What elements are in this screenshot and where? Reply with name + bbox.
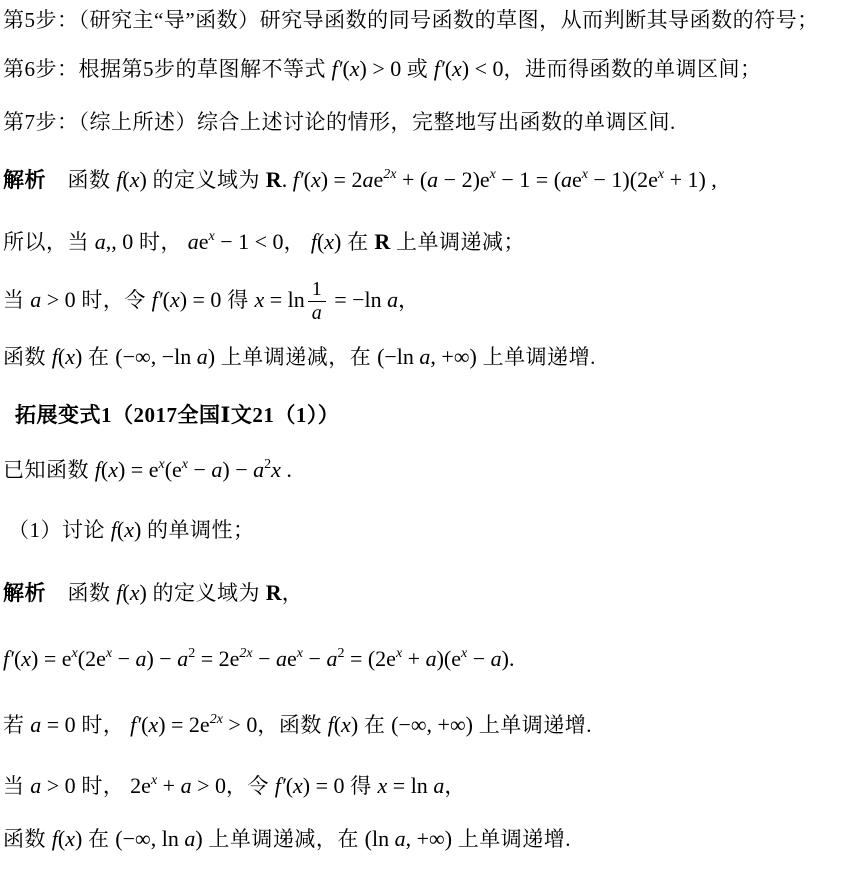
superscript-run: 2x xyxy=(239,646,252,661)
text-run: 时， xyxy=(76,713,131,737)
math-italic-run: f′ xyxy=(293,167,304,192)
math-italic-run: a xyxy=(30,712,41,737)
text-run: 上单调递减，在 xyxy=(215,345,377,369)
math-italic-run: a xyxy=(30,287,41,312)
math-roman-run: )(e xyxy=(437,646,461,671)
math-bold-set-symbol: R xyxy=(266,167,282,192)
math-italic-run: f′ xyxy=(275,773,286,798)
math-roman-run: ) = 0 xyxy=(180,287,222,312)
math-roman-run: + ( xyxy=(396,167,427,192)
math-roman-run: − 1 = ( xyxy=(496,167,561,192)
math-roman-run: (−∞, +∞) xyxy=(391,712,473,737)
text-run: 第7步：（综上所述）综合上述讨论的情形，完整地写出函数的单调区间. xyxy=(3,110,676,134)
math-document-page: 第5步：（研究主“导”函数）研究导函数的同号函数的草图，从而判断其导函数的符号；… xyxy=(0,0,846,871)
math-roman-run: ) − xyxy=(222,457,253,482)
math-roman-run: 2e xyxy=(130,773,151,798)
math-bold-set-symbol: R xyxy=(374,229,390,254)
text-run: 在 xyxy=(82,345,115,369)
math-roman-run: = ln xyxy=(264,287,305,312)
math-roman-run: ( xyxy=(122,167,129,192)
text-run: 函数 xyxy=(3,827,52,851)
text-run: 在 xyxy=(341,230,374,254)
math-italic-run: x xyxy=(254,287,264,312)
math-italic-run: x xyxy=(130,580,140,605)
math-italic-run: x xyxy=(21,646,31,671)
math-italic-run: a xyxy=(491,646,502,671)
text-run: 上单调递增. xyxy=(452,827,571,851)
math-roman-run: − xyxy=(112,646,135,671)
math-roman-run: = 2e xyxy=(195,646,239,671)
math-roman-run: ( xyxy=(445,56,452,81)
math-roman-run: ) = e xyxy=(118,457,159,482)
text-run: 已知函数 xyxy=(3,458,95,482)
math-roman-run: ( xyxy=(122,580,129,605)
text-run: ， xyxy=(284,230,311,254)
math-italic-run: x xyxy=(124,517,134,542)
math-roman-run: − xyxy=(253,646,276,671)
bold-text-run: 解析 xyxy=(3,168,46,192)
document-line-13: 若 a = 0 时， f′(x) = 2e2x > 0，函数 f(x) 在 (−… xyxy=(3,703,592,745)
math-italic-run: a xyxy=(428,773,445,798)
math-roman-run: = −ln xyxy=(329,287,382,312)
math-italic-run: f′ xyxy=(152,287,163,312)
math-roman-run: − xyxy=(188,457,211,482)
text-run: （1）讨论 xyxy=(8,518,111,542)
text-run: 得 xyxy=(221,288,254,312)
math-italic-run: a xyxy=(135,646,146,671)
math-roman-run: (ln xyxy=(365,826,389,851)
math-italic-run: x xyxy=(170,287,180,312)
document-line-5: 所以，当 a,, 0 时， aex − 1 < 0， f(x) 在 R 上单调递… xyxy=(3,220,525,262)
math-roman-run: − 2)e xyxy=(438,167,490,192)
text-run: 第5步：（研究主“导”函数）研究导函数的同号函数的草图，从而判断其导函数的符号； xyxy=(3,8,819,32)
math-roman-run: (−∞, ln xyxy=(115,826,179,851)
text-run: ， xyxy=(282,581,304,605)
math-italic-run: a xyxy=(427,167,438,192)
math-roman-run: − xyxy=(303,646,326,671)
math-roman-run: (−∞, −ln xyxy=(115,344,191,369)
superscript-run: 2x xyxy=(383,167,396,182)
math-roman-run: > 0 xyxy=(41,287,75,312)
text-run: 在 xyxy=(358,713,391,737)
text-run: ， xyxy=(398,288,420,312)
math-italic-run: x xyxy=(108,457,118,482)
math-italic-run: x xyxy=(324,229,334,254)
math-italic-run: x xyxy=(378,773,388,798)
math-roman-run: = 0 xyxy=(41,712,75,737)
math-italic-run: x xyxy=(271,457,281,482)
text-run: 上单调递增. xyxy=(477,345,596,369)
math-italic-run: x xyxy=(452,56,462,81)
math-italic-run: x xyxy=(65,344,75,369)
math-roman-run: , +∞) xyxy=(406,826,452,851)
math-roman-run: e xyxy=(572,167,582,192)
math-italic-run: x xyxy=(293,773,303,798)
document-line-6: 当 a > 0 时，令 f′(x) = 0 得 x = ln1a = −ln a… xyxy=(3,281,420,326)
document-line-8: 拓展变式1（2017全国Ⅰ文21（1）） xyxy=(15,398,339,435)
document-line-10: （1）讨论 f(x) 的单调性； xyxy=(8,513,255,550)
math-roman-run: ( xyxy=(334,712,341,737)
math-roman-run: (2e xyxy=(78,646,106,671)
text-run: 当 xyxy=(3,288,30,312)
math-roman-run: ) xyxy=(195,826,202,851)
math-italic-run: x xyxy=(130,167,140,192)
bold-text-run: 解析 xyxy=(3,581,46,605)
math-roman-run: , +∞) xyxy=(430,344,476,369)
text-run: ， xyxy=(444,774,466,798)
math-italic-run: f′ xyxy=(326,56,342,81)
math-italic-run: x xyxy=(341,712,351,737)
text-run: 上单调递减，在 xyxy=(203,827,365,851)
text-run: ，函数 xyxy=(257,713,327,737)
math-italic-run: a xyxy=(389,826,406,851)
math-roman-run: ) − xyxy=(146,646,177,671)
fraction: 1a xyxy=(308,279,326,324)
math-italic-run: x xyxy=(65,826,75,851)
text-run: 的定义域为 xyxy=(147,168,266,192)
math-italic-run: a xyxy=(191,344,208,369)
text-run: 当 xyxy=(3,774,30,798)
math-roman-run: > 0 xyxy=(223,712,257,737)
math-italic-run: a xyxy=(253,457,264,482)
math-roman-run: ) xyxy=(208,344,215,369)
math-roman-run: ) xyxy=(139,580,146,605)
math-roman-run: = (2e xyxy=(344,646,396,671)
math-italic-run: a xyxy=(426,646,437,671)
math-italic-run: a xyxy=(95,229,106,254)
math-italic-run: f′ xyxy=(428,56,444,81)
text-run: 时，令 xyxy=(76,288,152,312)
math-roman-run: + xyxy=(402,646,425,671)
bold-text-run: 拓展变式1（2017全国Ⅰ文21（1）） xyxy=(15,403,339,427)
text-run: 函数 xyxy=(46,168,116,192)
math-roman-run: = ln xyxy=(387,773,428,798)
document-line-7: 函数 f(x) 在 (−∞, −ln a) 上单调递减，在 (−ln a, +∞… xyxy=(3,340,596,377)
math-roman-run: ( xyxy=(304,167,311,192)
math-roman-run: ( xyxy=(286,773,293,798)
text-run: 若 xyxy=(3,713,30,737)
text-run: 时， xyxy=(76,774,131,798)
math-roman-run: − 1 < 0 xyxy=(215,229,284,254)
math-roman-run: − xyxy=(467,646,490,671)
document-line-12: f′(x) = ex(2ex − a) − a2 = 2e2x − aex − … xyxy=(3,637,514,679)
math-roman-run: . xyxy=(282,167,293,192)
math-italic-run: a xyxy=(179,826,196,851)
math-roman-run: > 0 xyxy=(41,773,75,798)
text-run: 得 xyxy=(345,774,378,798)
math-roman-run: ) = 2 xyxy=(321,167,363,192)
math-roman-run: ) = 0 xyxy=(303,773,345,798)
math-italic-run: a xyxy=(561,167,572,192)
math-italic-run: x xyxy=(311,167,321,192)
math-italic-run: a xyxy=(177,646,188,671)
math-italic-run: x xyxy=(350,56,360,81)
math-roman-run: ). xyxy=(502,646,515,671)
math-roman-run: ) = e xyxy=(31,646,72,671)
math-italic-run: f′ xyxy=(130,712,141,737)
document-line-11: 解析 函数 f(x) 的定义域为 R， xyxy=(3,576,303,613)
text-run: 的定义域为 xyxy=(147,581,266,605)
math-roman-run: ) = 2e xyxy=(158,712,210,737)
math-roman-run: − 1)(2e xyxy=(588,167,658,192)
text-run: ，令 xyxy=(226,774,275,798)
text-run: 第6步：根据第5步的草图解不等式 xyxy=(3,57,326,81)
math-roman-run: e xyxy=(199,229,209,254)
math-italic-run: a xyxy=(362,167,373,192)
math-italic-run: a xyxy=(30,773,41,798)
document-line-14: 当 a > 0 时， 2ex + a > 0，令 f′(x) = 0 得 x =… xyxy=(3,764,466,806)
fraction-denominator: a xyxy=(308,302,326,324)
document-line-3: 第7步：（综上所述）综合上述讨论的情形，完整地写出函数的单调区间. xyxy=(3,105,676,142)
math-roman-run: > 0 xyxy=(192,773,226,798)
text-run: 函数 xyxy=(46,581,116,605)
math-italic-run: f′ xyxy=(3,646,14,671)
math-italic-run: a xyxy=(414,344,431,369)
math-italic-run: a xyxy=(181,773,192,798)
math-roman-run: ( xyxy=(163,287,170,312)
math-italic-run: a xyxy=(326,646,337,671)
document-line-15: 函数 f(x) 在 (−∞, ln a) 上单调递减，在 (ln a, +∞) … xyxy=(3,822,571,859)
document-line-9: 已知函数 f(x) = ex(ex − a) − a2x . xyxy=(3,448,292,490)
text-run: 时， xyxy=(133,230,188,254)
math-roman-run: . xyxy=(281,457,292,482)
text-run: 所以，当 xyxy=(3,230,95,254)
text-run: 函数 xyxy=(3,345,52,369)
document-line-4: 解析 函数 f(x) 的定义域为 R. f′(x) = 2ae2x + (a −… xyxy=(3,158,717,200)
math-roman-run: + xyxy=(157,773,180,798)
document-line-2: 第6步：根据第5步的草图解不等式 f′(x) > 0 或 f′(x) < 0，进… xyxy=(3,52,762,89)
math-italic-run: a xyxy=(276,646,287,671)
fraction-numerator: 1 xyxy=(308,279,326,302)
math-roman-run: (e xyxy=(165,457,182,482)
math-roman-run: e xyxy=(287,646,297,671)
text-run: 的单调性； xyxy=(141,518,254,542)
math-italic-run: a xyxy=(188,229,199,254)
text-run: 或 xyxy=(407,57,429,81)
math-roman-run: ,, 0 xyxy=(106,229,134,254)
math-italic-run: a xyxy=(211,457,222,482)
math-roman-run: ) xyxy=(139,167,146,192)
math-roman-run: e xyxy=(373,167,383,192)
text-run: 上单调递增. xyxy=(473,713,592,737)
text-run: ，进而得函数的单调区间； xyxy=(504,57,762,81)
math-bold-set-symbol: R xyxy=(266,580,282,605)
math-roman-run: ) > 0 xyxy=(360,56,407,81)
math-italic-run: x xyxy=(148,712,158,737)
superscript-run: 2x xyxy=(210,712,223,727)
text-run: 在 xyxy=(82,827,115,851)
math-roman-run: ( xyxy=(342,56,349,81)
math-roman-run: ) < 0 xyxy=(462,56,504,81)
math-italic-run: a xyxy=(382,287,399,312)
text-run: 上单调递减； xyxy=(390,230,525,254)
math-roman-run: + 1) , xyxy=(664,167,717,192)
math-roman-run: (−ln xyxy=(377,344,414,369)
document-line-1: 第5步：（研究主“导”函数）研究导函数的同号函数的草图，从而判断其导函数的符号； xyxy=(3,3,819,40)
